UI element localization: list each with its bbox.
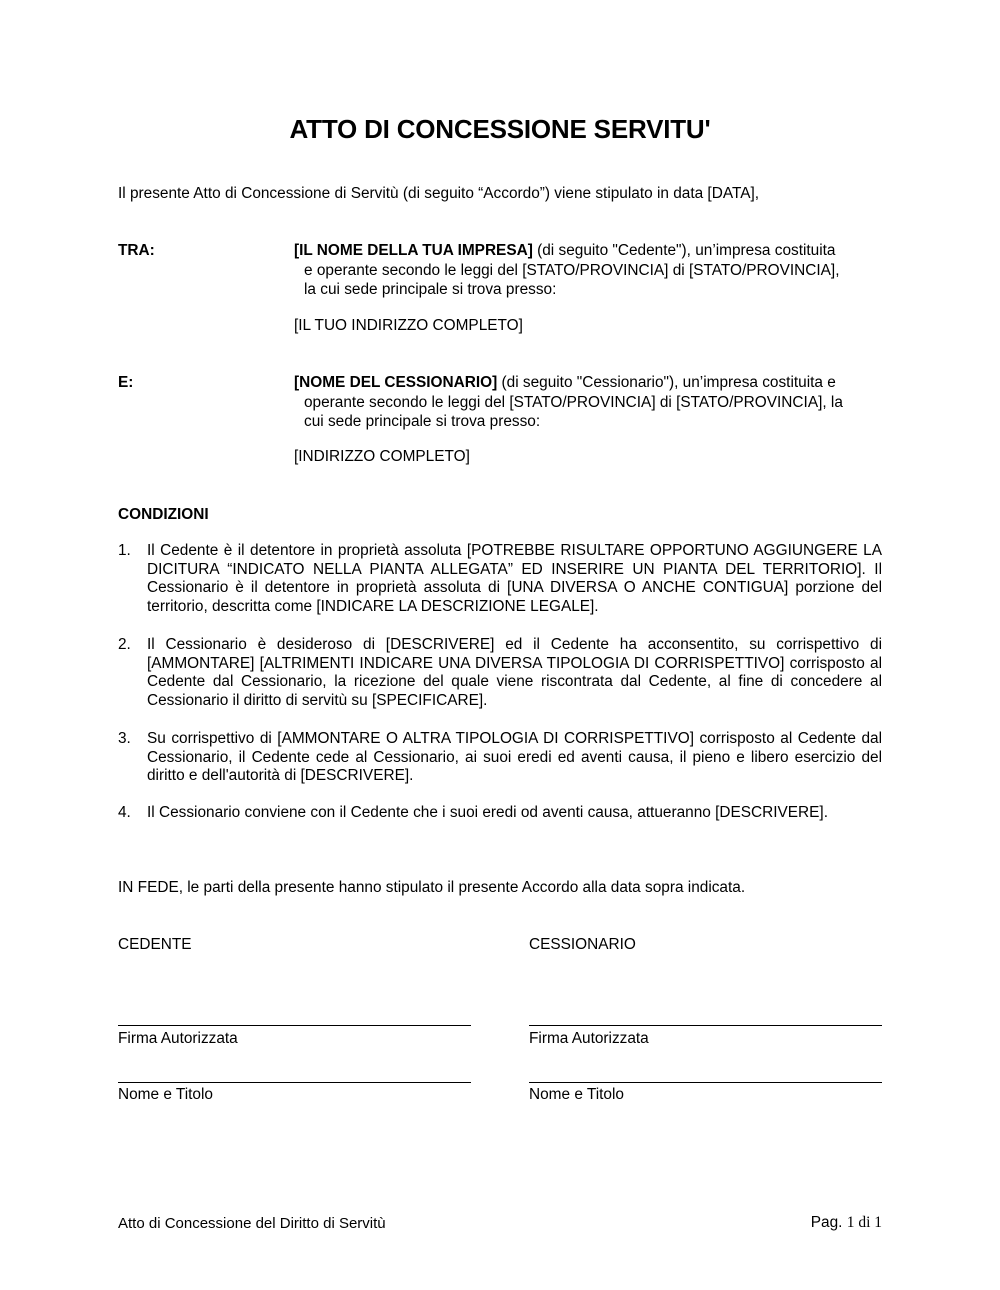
party-cessionario-description: [NOME DEL CESSIONARIO] (di seguito "Cess…	[294, 373, 882, 432]
signature-caption-cessionario: Firma Autorizzata	[529, 1030, 649, 1048]
party-cessionario-line1: [NOME DEL CESSIONARIO] (di seguito "Cess…	[294, 373, 882, 393]
party-cessionario-name: [NOME DEL CESSIONARIO]	[294, 374, 497, 391]
signature-party-cedente: CEDENTE	[118, 936, 192, 954]
party-cedente-line3: la cui sede principale si trova presso:	[294, 280, 882, 300]
condition-item: 4. Il Cessionario conviene con il Cedent…	[118, 804, 882, 823]
party-label-tra: TRA:	[118, 242, 155, 260]
party-cessionario-line2: operante secondo le leggi del [STATO/PRO…	[294, 393, 882, 413]
signature-caption-cedente: Firma Autorizzata	[118, 1030, 238, 1048]
condition-number: 4.	[118, 804, 131, 823]
page-number: Pag. 1 di 1	[811, 1214, 882, 1232]
party-cessionario-line3: cui sede principale si trova presso:	[294, 412, 882, 432]
condition-item: 1. Il Cedente è il detentore in propriet…	[118, 542, 882, 616]
document-title: ATTO DI CONCESSIONE SERVITU'	[0, 114, 1000, 145]
party-cessionario-address: [INDIRIZZO COMPLETO]	[294, 448, 470, 466]
party-label-e: E:	[118, 374, 133, 392]
party-cedente-line2: e operante secondo le leggi del [STATO/P…	[294, 261, 882, 281]
signature-party-cessionario: CESSIONARIO	[529, 936, 636, 954]
condition-text: Il Cessionario conviene con il Cedente c…	[147, 804, 882, 823]
condition-number: 1.	[118, 542, 131, 561]
page-total: 1	[874, 1214, 882, 1231]
condition-text: Il Cessionario è desideroso di [DESCRIVE…	[147, 636, 882, 710]
condition-number: 3.	[118, 730, 131, 749]
condition-item: 3. Su corrispettivo di [AMMONTARE O ALTR…	[118, 730, 882, 786]
signature-line-cedente[interactable]	[118, 1025, 471, 1026]
condition-text: Su corrispettivo di [AMMONTARE O ALTRA T…	[147, 730, 882, 786]
conditions-heading: CONDIZIONI	[118, 506, 209, 524]
intro-paragraph: Il presente Atto di Concessione di Servi…	[118, 185, 759, 203]
name-title-caption-cedente: Nome e Titolo	[118, 1086, 213, 1104]
party-cedente-description: [IL NOME DELLA TUA IMPRESA] (di seguito …	[294, 241, 882, 300]
condition-number: 2.	[118, 636, 131, 655]
name-title-line-cessionario[interactable]	[529, 1082, 882, 1083]
footer-title: Atto di Concessione del Diritto di Servi…	[118, 1215, 386, 1232]
party-cedente-address: [IL TUO INDIRIZZO COMPLETO]	[294, 317, 523, 335]
condition-text: Il Cedente è il detentore in proprietà a…	[147, 542, 882, 616]
name-title-line-cedente[interactable]	[118, 1082, 471, 1083]
party-cedente-name: [IL NOME DELLA TUA IMPRESA]	[294, 242, 533, 259]
name-title-caption-cessionario: Nome e Titolo	[529, 1086, 624, 1104]
party-cedente-line1: [IL NOME DELLA TUA IMPRESA] (di seguito …	[294, 241, 882, 261]
closing-statement: IN FEDE, le parti della presente hanno s…	[118, 879, 745, 897]
condition-item: 2. Il Cessionario è desideroso di [DESCR…	[118, 636, 882, 710]
signature-line-cessionario[interactable]	[529, 1025, 882, 1026]
